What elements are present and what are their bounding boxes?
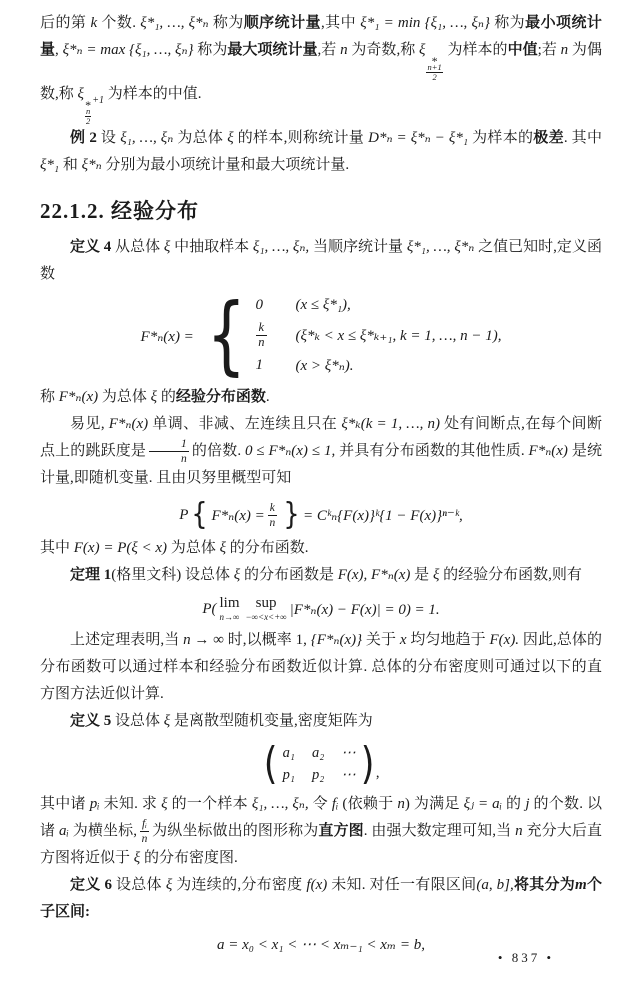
math-expr: ξ*₁ (40, 157, 59, 173)
paragraph-definition-4: 定义 4 从总体 ξ 中抽取样本 ξ₁, …, ξₙ, 当顺序统计量 ξ*₁, … (40, 234, 602, 288)
text-run: 为样本的中值. (104, 86, 202, 102)
bold-term-histogram: 直方图 (318, 823, 363, 839)
sup-stack: sup−∞<x<+∞ (246, 596, 287, 622)
text-run: 为奇数,称 (348, 42, 419, 58)
formula-body: |F*ₙ(x) − F(x)| = 0) = 1. (290, 600, 440, 619)
text-run: 上述定理表明,当 (70, 632, 183, 648)
text-run: 从总体 (111, 239, 164, 255)
text-run: 的 (502, 796, 525, 812)
math-expr: ξ₁, …, ξₙ (120, 130, 173, 146)
math-expr: ξ*₁, …, ξ*ₙ (407, 239, 475, 255)
matrix-cell: p₂ (312, 767, 324, 784)
text-run: (依赖于 (338, 796, 397, 812)
text-run: 为总体 (98, 389, 151, 405)
formula-density-matrix: ( a₁a₂⋯p₁p₂⋯ ) , (40, 742, 602, 786)
text-run: 分别为最小项统计量和最大项统计量. (102, 157, 350, 173)
bold-label-example-2: 例 2 (70, 130, 97, 146)
case-condition: (x > ξ*ₙ). (296, 356, 354, 375)
fraction-numerator: fᵢ (140, 818, 149, 832)
limit-subscript: n→∞ (220, 613, 240, 622)
paragraph-edf-name: 称 F*ₙ(x) 为总体 ξ 的经验分布函数. (40, 384, 602, 411)
text-run: 为 (510, 15, 525, 31)
formula-inner: F*ₙ(x) = (212, 506, 265, 525)
bold-term-median: 中值 (508, 42, 538, 58)
math-expr: ξⱼ = aᵢ (464, 796, 502, 812)
left-brace: { (192, 500, 208, 530)
fraction-denominator: n (269, 516, 275, 529)
star-fraction-subscript: *n+12 (426, 55, 442, 81)
fraction-denominator: 2 (432, 73, 436, 82)
text-run: 的分布函数是 (240, 567, 338, 583)
text-run: 的一个样本 (168, 796, 252, 812)
matrix-cell: ⋯ (341, 745, 356, 762)
text-run: 的样本,则称统计量 (234, 130, 368, 146)
math-expr: ξ*ₙ (82, 157, 102, 173)
formula-prefix: P (179, 507, 188, 524)
textbook-page: 后的第 k 个数. ξ*₁, …, ξ*ₙ 称为顺序统计量,其中 ξ*₁ = m… (0, 0, 640, 988)
fraction-numerator: k (268, 502, 277, 516)
math-expr: F*ₙ(x) (109, 416, 148, 432)
piecewise-row-2: kn(ξ*ₖ < x ≤ ξ*ₖ₊₁, k = 1, …, n − 1), (256, 321, 502, 349)
formula-glivenko-theorem: P( limn→∞ sup−∞<x<+∞ |F*ₙ(x) − F(x)| = 0… (40, 596, 602, 622)
text-run: 称 (40, 389, 59, 405)
text-run: 的 (157, 389, 176, 405)
piecewise-row-1: 0(x ≤ ξ*₁), (256, 297, 502, 314)
math-expr: aᵢ (59, 823, 69, 839)
text-run: . 其中 (564, 130, 602, 146)
fraction-k-over-n: kn (256, 321, 268, 349)
text-run: ,若 (318, 42, 341, 58)
text-run: 的经验分 (439, 567, 503, 583)
paragraph-definition-5: 定义 5 设总体 ξ 是离散型随机变量,密度矩阵为 (40, 708, 602, 735)
text-run: 时,以概率 1, (224, 632, 311, 648)
paragraph-example-2: 例 2 设 ξ₁, …, ξₙ 为总体 ξ 的样本,则称统计量 D*ₙ = ξ*… (40, 125, 602, 179)
math-median-even-symbol: ξ*n2+1 (78, 86, 104, 102)
matrix-entries: a₁a₂⋯p₁p₂⋯ (283, 745, 356, 784)
bold-term-max-statistic: 最大项统计量 (227, 42, 317, 58)
section-title: 经验分布 (111, 199, 199, 223)
text-run: 其中诸 (40, 796, 90, 812)
bold-label-definition-6: 定义 6 (70, 877, 112, 893)
text-run: ,其中 (321, 15, 360, 31)
math-expr: F(x), F*ₙ(x) (338, 567, 411, 583)
fraction-denominator: n (142, 832, 148, 845)
sup-operator: sup (256, 596, 277, 611)
section-number: 22.1.2. (40, 199, 105, 223)
text-run: 是离散型随机变量,密度矩阵为 (170, 713, 373, 729)
paragraph-definition-6: 定义 6 设总体 ξ 为连续的,分布密度 f(x) 未知. 对任一有限区间(a,… (40, 872, 602, 926)
math-symbol: ξ (419, 42, 425, 58)
text-run: 布函数,则有 (503, 567, 582, 583)
matrix-cell: a₁ (283, 745, 295, 762)
math-expr: ξ*ₖ(k = 1, …, n) (341, 416, 440, 432)
left-paren: ( (264, 742, 278, 786)
math-expr: x (400, 632, 407, 648)
star-fraction-subscript: *n2 (85, 99, 91, 125)
fraction-numerator: 1 (149, 438, 189, 452)
math-expr: ξ*₁, …, ξ*ₙ (140, 15, 208, 31)
text-run: 个数. (97, 15, 140, 31)
bold-label-theorem-1: 定理 1 (70, 567, 111, 583)
fraction-k-over-n: kn (268, 502, 277, 529)
matrix-cell: ⋯ (341, 767, 356, 784)
math-expr: ξ*₁ = min {ξ₁, …, ξₙ} (360, 15, 490, 31)
case-value: 1 (256, 357, 280, 374)
right-brace: } (283, 500, 299, 530)
matrix-cell: a₂ (312, 745, 324, 762)
text-run: 中抽取样本 (170, 239, 253, 255)
text-run: 设总体 (111, 713, 164, 729)
text-run: 称 (490, 15, 510, 31)
paragraph-theorem-1-glivenko: 定理 1(格里文科) 设总体 ξ 的分布函数是 F(x), F*ₙ(x) 是 ξ… (40, 562, 602, 589)
text-run: . (266, 389, 270, 405)
text-run: , (55, 42, 63, 58)
text-run: 易见, (70, 416, 109, 432)
text-run: 后的第 (40, 15, 91, 31)
bold-math-m: m (575, 877, 587, 893)
text-run: 令 (309, 796, 332, 812)
math-expr: (a, b], (476, 877, 513, 893)
math-expr: F(x). (490, 632, 520, 648)
paragraph-order-statistics: 后的第 k 个数. ξ*₁, …, ξ*ₙ 称为顺序统计量,其中 ξ*₁ = m… (40, 10, 602, 125)
math-expr: F(x) = P(ξ < x) (74, 540, 167, 556)
math-expr: f(x) (306, 877, 327, 893)
page-number-text: • 837 • (498, 950, 554, 965)
text-run: ) 为满足 (405, 796, 464, 812)
page-number: • 837 • (498, 950, 554, 966)
math-symbol: ξ (78, 86, 84, 102)
text-run: 未知. 求 (100, 796, 162, 812)
math-expr: D*ₙ = ξ*ₙ − ξ*₁ (368, 130, 468, 146)
limit-stack: limn→∞ (219, 596, 239, 622)
text-run: 设总体 (112, 877, 166, 893)
math-expr: F*ₙ(x) (59, 389, 98, 405)
matrix-cell: p₁ (283, 767, 295, 784)
paragraph-theorem-remark: 上述定理表明,当 n → ∞ 时,以概率 1, {F*ₙ(x)} 关于 x 均匀… (40, 627, 602, 708)
math-expr: {F*ₙ(x)} (311, 632, 362, 648)
section-heading: 22.1.2. 经验分布 (40, 195, 602, 225)
text-run: 均匀地趋于 (407, 632, 490, 648)
text-run: 为总体 (173, 130, 227, 146)
text-run: 是 (410, 567, 433, 583)
math-expr: pᵢ (90, 796, 100, 812)
fraction-one-over-n: 1n (149, 438, 189, 465)
math-expr: 0 ≤ F*ₙ(x) ≤ 1, (245, 443, 335, 459)
text-run: 的倍数. (192, 443, 245, 459)
bold-term-edf: 经验分布函数 (176, 389, 266, 405)
fraction-numerator: k (256, 321, 268, 336)
math-expr: n (397, 796, 405, 812)
fraction-denominator: n (151, 452, 187, 465)
text-run: (格里文科) 设总体 (111, 567, 234, 583)
formula-lhs: F*ₙ(x) = (141, 327, 194, 346)
bold-label-definition-4: 定义 4 (70, 239, 111, 255)
formula-bernoulli-probability: P { F*ₙ(x) = kn } = Cᵏₙ{F(x)}ᵏ{1 − F(x)}… (40, 500, 602, 530)
math-expr: ξ₁, …, ξₙ, (252, 796, 309, 812)
math-expr: ξ*ₙ = max {ξ₁, …, ξₙ} (63, 42, 194, 58)
trailing-comma: , (376, 765, 380, 782)
text-run: 为纵坐标做出的图形称为 (152, 823, 318, 839)
text-run: 单调、非减、左连续且只在 (148, 416, 341, 432)
case-value: 0 (256, 297, 280, 314)
left-brace: { (206, 290, 245, 382)
text-run: 为横坐标, (69, 823, 137, 839)
math-expr: n → ∞ (183, 632, 224, 648)
bold-term-order-statistic: 顺序统计量 (244, 15, 321, 31)
partition-expression: a = x₀ < x₁ < ⋯ < xₘ₋₁ < xₘ = b, (217, 937, 425, 953)
text-run: 和 (59, 157, 82, 173)
math-expr: F*ₙ(x) (529, 443, 568, 459)
fraction-denominator: n (258, 336, 264, 349)
text-run: 的分布函数. (226, 540, 309, 556)
text-run: 为样本的 (468, 130, 533, 146)
text-run: 称为 (194, 42, 228, 58)
text-run: 的分布密度图. (140, 850, 238, 866)
fraction-fi-over-n: fᵢn (140, 818, 149, 845)
math-expr: ξ₁, …, ξₙ, (253, 239, 309, 255)
text-run: 设 (97, 130, 120, 146)
right-paren: ) (360, 742, 374, 786)
text-run: ;若 (538, 42, 561, 58)
text-run: . 由强大数定理可知,当 (364, 823, 515, 839)
sup-subscript: −∞<x<+∞ (246, 613, 287, 622)
paragraph-distribution-function-note: 其中 F(x) = P(ξ < x) 为总体 ξ 的分布函数. (40, 535, 602, 562)
formula-rhs: = Cᵏₙ{F(x)}ᵏ{1 − F(x)}ⁿ⁻ᵏ, (303, 506, 463, 525)
formula-prefix: P( (202, 601, 216, 618)
paragraph-edf-properties: 易见, F*ₙ(x) 单调、非减、左连续且只在 ξ*ₖ(k = 1, …, n)… (40, 411, 602, 492)
bold-text-run: 将其分为 (514, 877, 575, 893)
text-run: 为总体 (167, 540, 220, 556)
limit-operator: lim (219, 596, 239, 611)
piecewise-row-3: 1(x > ξ*ₙ). (256, 356, 502, 375)
bold-term-range: 极差 (533, 130, 564, 146)
text-run: 并具有分布函数的其他性质. (335, 443, 528, 459)
text-run: 称为 (209, 15, 244, 31)
text-run: 其中 (40, 540, 74, 556)
text-run: 关于 (362, 632, 400, 648)
math-expr: n (515, 823, 523, 839)
text-run: 当顺序统计量 (309, 239, 407, 255)
text-run: 为样本的 (444, 42, 508, 58)
case-condition: (ξ*ₖ < x ≤ ξ*ₖ₊₁, k = 1, …, n − 1), (296, 326, 502, 345)
text-run: 为连续的,分布密度 (172, 877, 306, 893)
formula-empirical-distribution-function: F*ₙ(x) = { 0(x ≤ ξ*₁), kn(ξ*ₖ < x ≤ ξ*ₖ₊… (40, 290, 602, 382)
piecewise-rows: 0(x ≤ ξ*₁), kn(ξ*ₖ < x ≤ ξ*ₖ₊₁, k = 1, …… (256, 297, 502, 375)
paragraph-histogram: 其中诸 pᵢ 未知. 求 ξ 的一个样本 ξ₁, …, ξₙ, 令 fᵢ (依赖… (40, 791, 602, 872)
fraction-denominator: 2 (86, 117, 90, 126)
bold-label-definition-5: 定义 5 (70, 713, 111, 729)
text-run: 未知. 对任一有限区间 (327, 877, 476, 893)
subscript-tail: +1 (92, 95, 104, 106)
math-expr: n (340, 42, 348, 58)
case-value: kn (256, 321, 280, 349)
math-median-odd-symbol: ξ*n+12 (419, 42, 444, 58)
case-condition: (x ≤ ξ*₁), (296, 297, 351, 314)
